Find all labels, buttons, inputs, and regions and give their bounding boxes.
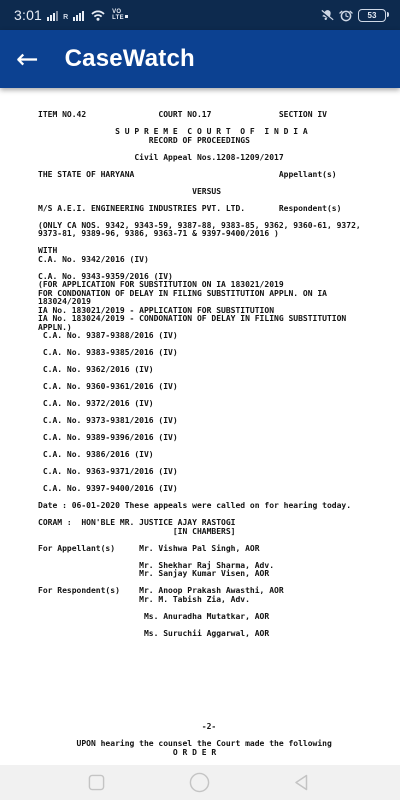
nav-back-button[interactable]	[293, 765, 312, 800]
alarm-clock-icon	[339, 9, 353, 22]
document-line	[38, 672, 400, 681]
square-icon	[88, 774, 105, 791]
document-line	[38, 664, 400, 673]
home-button[interactable]	[189, 765, 210, 800]
document-line: Civil Appeal Nos.1208-1209/2017	[38, 154, 400, 163]
document-line: Mr. Sanjay Kumar Visen, AOR	[38, 570, 400, 579]
document-line: -2-	[38, 723, 400, 732]
document-line	[38, 239, 400, 248]
document-line: C.A. No. 9389-9396/2016 (IV)	[38, 434, 400, 443]
status-bar-left: 3:01 R VO LTE	[14, 7, 128, 23]
circle-icon	[189, 772, 210, 793]
document-line: O R D E R	[38, 749, 400, 758]
document-line: C.A. No. 9372/2016 (IV)	[38, 400, 400, 409]
wifi-icon	[91, 10, 105, 21]
battery-icon: 53	[358, 9, 386, 22]
document-line: IA No. 183024/2019 - CONDONATION OF DELA…	[38, 315, 400, 324]
document-line: C.A. No. 9383-9385/2016 (IV)	[38, 349, 400, 358]
app-title: CaseWatch	[65, 45, 195, 73]
document-line: C.A. No. 9387-9388/2016 (IV)	[38, 332, 400, 341]
volte-label-bottom: LTE	[112, 15, 124, 21]
triangle-left-icon	[293, 773, 312, 792]
document-line: C.A. No. 9397-9400/2016 (IV)	[38, 485, 400, 494]
document-line: ITEM NO.42 COURT NO.17 SECTION IV	[38, 111, 400, 120]
cellular-signal-icon	[73, 9, 86, 21]
document-scroll-area[interactable]: ITEM NO.42 COURT NO.17 SECTION IV S U P …	[0, 88, 400, 765]
document-line	[38, 638, 400, 647]
status-bar-right: 53	[320, 9, 386, 22]
document-line	[38, 698, 400, 707]
document-line	[38, 706, 400, 715]
document-line: THE STATE OF HARYANA Appellant(s)	[38, 171, 400, 180]
document-line: C.A. No. 9386/2016 (IV)	[38, 451, 400, 460]
document-line: FOR CONDONATION OF DELAY IN FILING SUBST…	[38, 290, 400, 299]
document-line	[38, 655, 400, 664]
document-line: C.A. No. 9363-9371/2016 (IV)	[38, 468, 400, 477]
roaming-indicator: R	[63, 14, 68, 21]
clock-time: 3:01	[14, 7, 42, 23]
phone-screen: 3:01 R VO LTE	[0, 0, 400, 800]
document-line: Mr. M. Tabish Zia, Adv.	[38, 596, 400, 605]
document-line: Ms. Anuradha Mutatkar, AOR	[38, 613, 400, 622]
volte-box-icon	[125, 15, 128, 18]
document-line: VERSUS	[38, 188, 400, 197]
document-line: C.A. No. 9362/2016 (IV)	[38, 366, 400, 375]
document-line: M/S A.E.I. ENGINEERING INDUSTRIES PVT. L…	[38, 205, 400, 214]
document-line	[38, 681, 400, 690]
document-line: C.A. No. 9360-9361/2016 (IV)	[38, 383, 400, 392]
document-line: C.A. No. 9342/2016 (IV)	[38, 256, 400, 265]
back-button[interactable]: ←	[16, 46, 39, 73]
document-line: RECORD OF PROCEEDINGS	[38, 137, 400, 146]
document-line	[38, 689, 400, 698]
document-line: For Appellant(s) Mr. Vishwa Pal Singh, A…	[38, 545, 400, 554]
document-line	[38, 647, 400, 656]
document-content: ITEM NO.42 COURT NO.17 SECTION IV S U P …	[38, 111, 400, 757]
cellular-signal-icon	[47, 9, 60, 21]
document-line: C.A. No. 9373-9381/2016 (IV)	[38, 417, 400, 426]
app-bar: ← CaseWatch	[0, 30, 400, 88]
volte-indicator: VO LTE	[112, 9, 128, 21]
recents-button[interactable]	[88, 765, 105, 800]
android-nav-bar	[0, 765, 400, 800]
status-bar: 3:01 R VO LTE	[0, 0, 400, 30]
document-line: Date : 06-01-2020 These appeals were cal…	[38, 502, 400, 511]
bell-slash-icon	[320, 9, 334, 22]
document-line: [IN CHAMBERS]	[38, 528, 400, 537]
document-line: Ms. Suruchii Aggarwal, AOR	[38, 630, 400, 639]
document-line: 9373-81, 9389-96, 9386, 9363-71 & 9397-9…	[38, 230, 400, 239]
